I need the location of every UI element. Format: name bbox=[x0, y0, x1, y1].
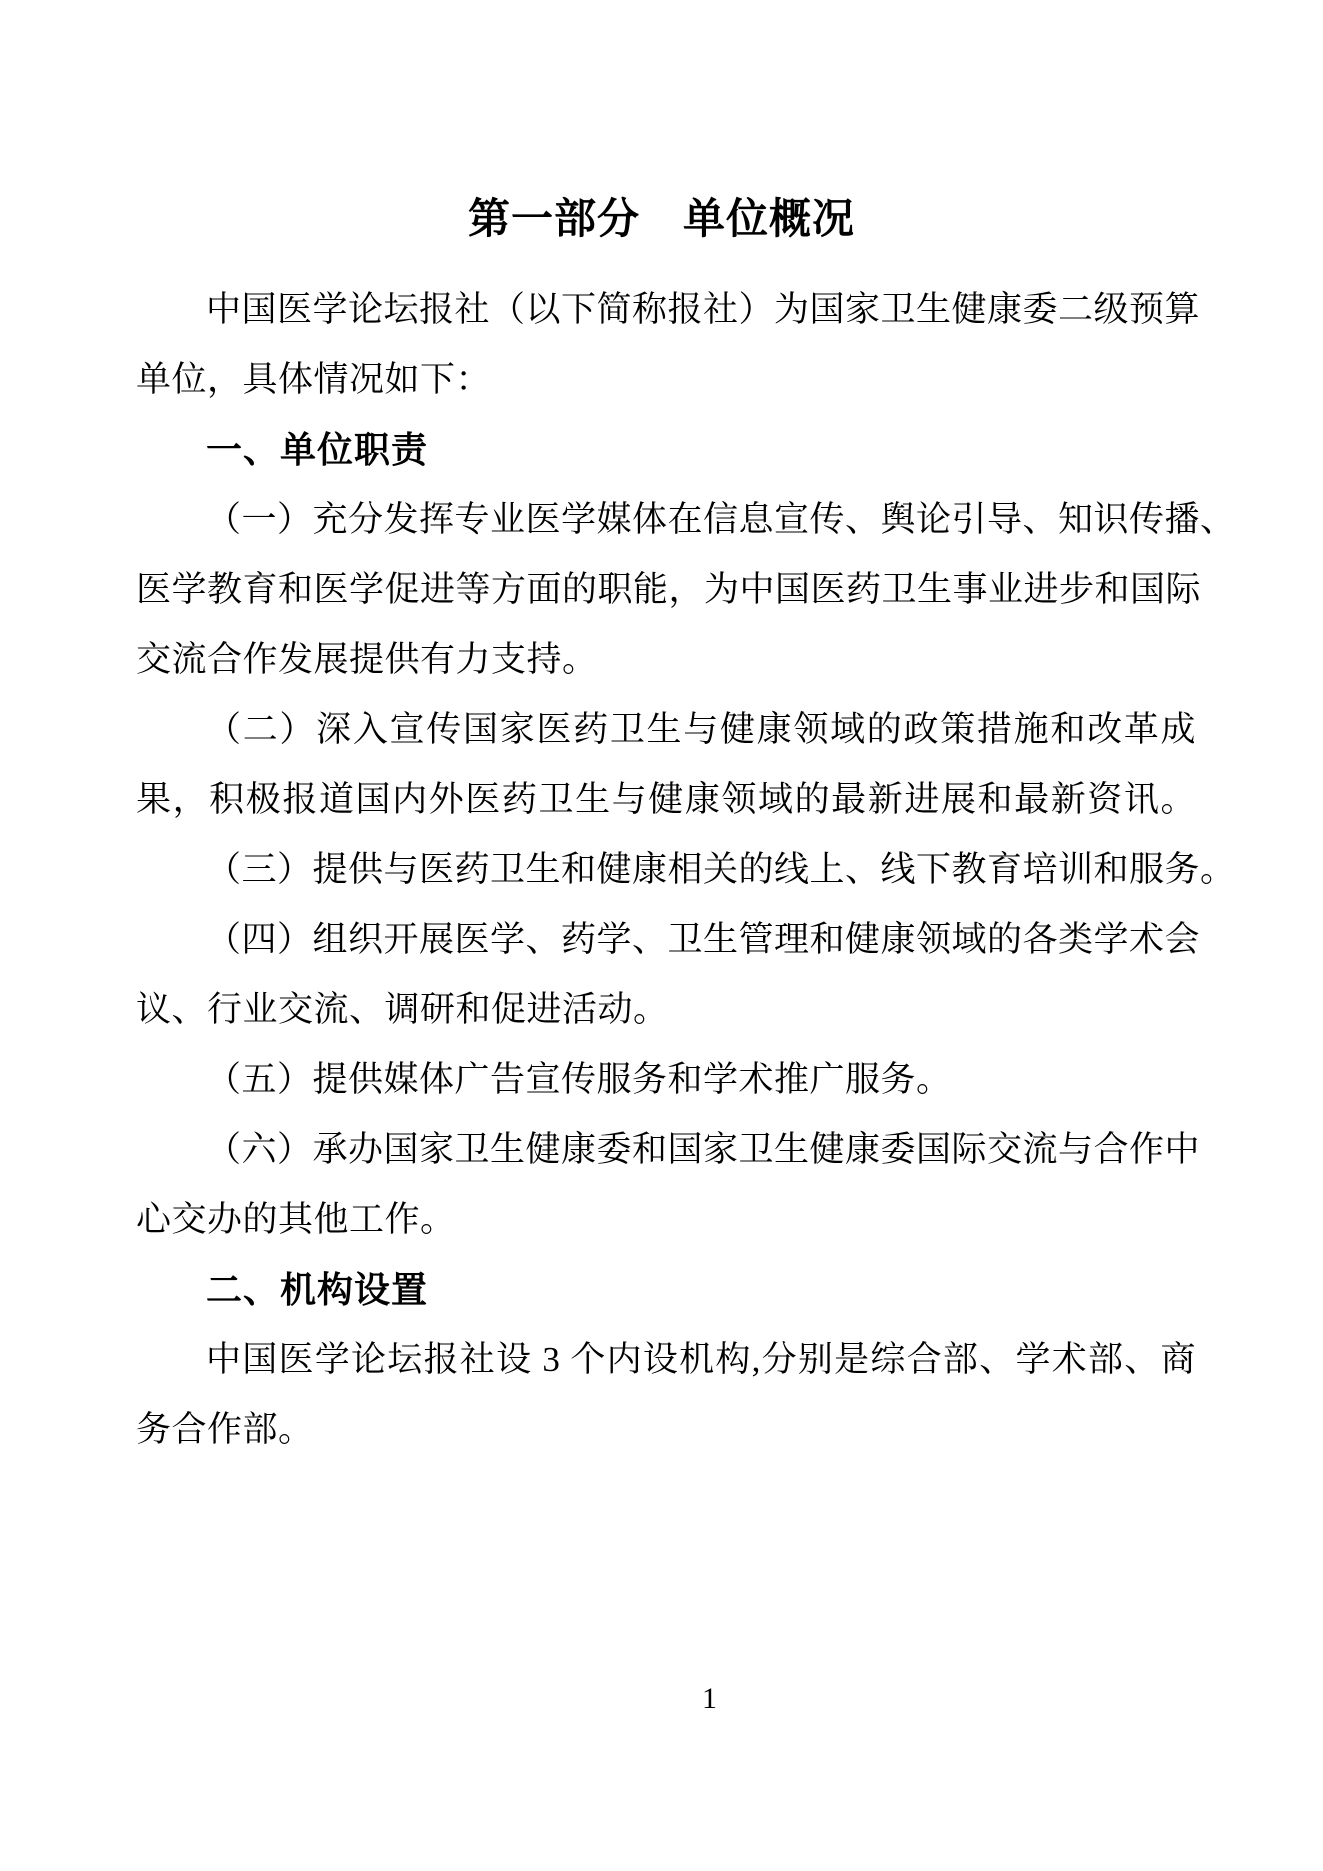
text-line: 中国医学论坛报社设 3 个内设机构,分别是综合部、学术部、商 bbox=[136, 1325, 1196, 1395]
document-page: 第一部分 单位概况 中国医学论坛报社（以下简称报社）为国家卫生健康委二级预算单位… bbox=[0, 0, 1323, 1871]
section-heading: 一、单位职责 bbox=[136, 415, 1196, 485]
text-line: 心交办的其他工作。 bbox=[136, 1185, 1196, 1255]
text-line: 中国医学论坛报社（以下简称报社）为国家卫生健康委二级预算 bbox=[136, 275, 1196, 345]
text-line: （六）承办国家卫生健康委和国家卫生健康委国际交流与合作中 bbox=[136, 1115, 1196, 1185]
text-line: 交流合作发展提供有力支持。 bbox=[136, 625, 1196, 695]
text-line: 果，积极报道国内外医药卫生与健康领域的最新进展和最新资讯。 bbox=[136, 765, 1196, 835]
text-line: （二）深入宣传国家医药卫生与健康领域的政策措施和改革成 bbox=[136, 695, 1196, 765]
text-line: 医学教育和医学促进等方面的职能，为中国医药卫生事业进步和国际 bbox=[136, 555, 1196, 625]
section-heading: 二、机构设置 bbox=[136, 1255, 1196, 1325]
text-line: 议、行业交流、调研和促进活动。 bbox=[136, 975, 1196, 1045]
text-line: 务合作部。 bbox=[136, 1395, 1196, 1465]
text-line: （五）提供媒体广告宣传服务和学术推广服务。 bbox=[136, 1045, 1196, 1115]
text-line: （一）充分发挥专业医学媒体在信息宣传、舆论引导、知识传播、 bbox=[136, 485, 1196, 555]
text-line: 单位，具体情况如下： bbox=[136, 345, 1196, 415]
page-number: 1 bbox=[702, 1682, 717, 1716]
text-line: （三）提供与医药卫生和健康相关的线上、线下教育培训和服务。 bbox=[136, 835, 1196, 905]
text-line: （四）组织开展医学、药学、卫生管理和健康领域的各类学术会 bbox=[136, 905, 1196, 975]
page-title: 第一部分 单位概况 bbox=[0, 190, 1323, 248]
document-body: 中国医学论坛报社（以下简称报社）为国家卫生健康委二级预算单位，具体情况如下：一、… bbox=[136, 275, 1196, 1465]
